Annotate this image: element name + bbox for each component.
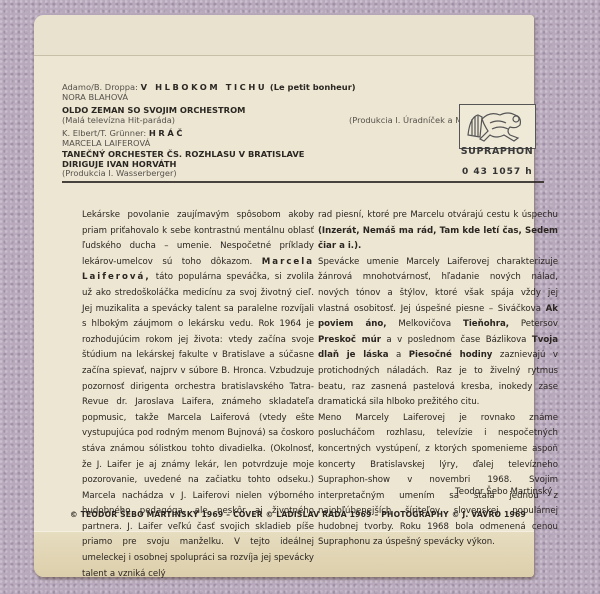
track2-production: (Produkcia I. Wasserberger) bbox=[62, 169, 442, 179]
supraphon-logo-icon bbox=[459, 104, 536, 149]
track-credits: Adamo/B. Droppa: V HLBOKOM TICHU (Le pet… bbox=[62, 83, 442, 179]
liner-paragraph: Spevácke umenie Marcely Laiferovej chara… bbox=[318, 255, 558, 411]
track1-original-title: (Le petit bonheur) bbox=[270, 82, 356, 92]
track2-authors: K. Elbert/T. Grünner: bbox=[62, 128, 146, 138]
copyright-line: © TEODOR ŠEBO MARTINSKÝ 1969 – COVER © L… bbox=[70, 510, 526, 519]
label-brand: SUPRAPHON bbox=[452, 146, 542, 157]
track1-authors: Adamo/B. Droppa: bbox=[62, 82, 138, 92]
song-title: Tieňohra, bbox=[463, 319, 509, 329]
track1-note: (Malá televízna Hit-paráda) bbox=[62, 115, 175, 125]
track2-title: HRÁČ bbox=[149, 128, 185, 138]
track1-singer: NORA BLAHOVÁ bbox=[62, 93, 442, 103]
liner-notes-right-column: rad piesní, ktoré pre Marcelu otvárajú c… bbox=[318, 208, 558, 551]
author-signature: Teodor Šebo Martinský bbox=[455, 487, 552, 497]
sleeve-top-flap bbox=[34, 15, 534, 56]
track2-singer: MARCELA LAIFEROVÁ bbox=[62, 139, 442, 149]
liner-notes-left-column: Lekárske povolanie zaujímavým spôsobom a… bbox=[82, 208, 314, 582]
song-title: Preskoč múr bbox=[318, 335, 381, 345]
liner-paragraph: rad piesní, ktoré pre Marcelu otvárajú c… bbox=[318, 208, 558, 255]
header-divider bbox=[62, 181, 544, 183]
catalog-number: 0 43 1057 h bbox=[462, 167, 533, 177]
liner-paragraph: Lekárske povolanie zaujímavým spôsobom a… bbox=[82, 208, 314, 582]
liner-paragraph: Meno Marcely Laiferovej je rovnako známe… bbox=[318, 411, 558, 551]
track1-title: V HLBOKOM TICHU bbox=[141, 82, 268, 92]
song-list: (Inzerát, Nemáš ma rád, Tam kde letí čas… bbox=[318, 226, 558, 252]
song-title: Piesočné hodiny bbox=[409, 350, 493, 360]
